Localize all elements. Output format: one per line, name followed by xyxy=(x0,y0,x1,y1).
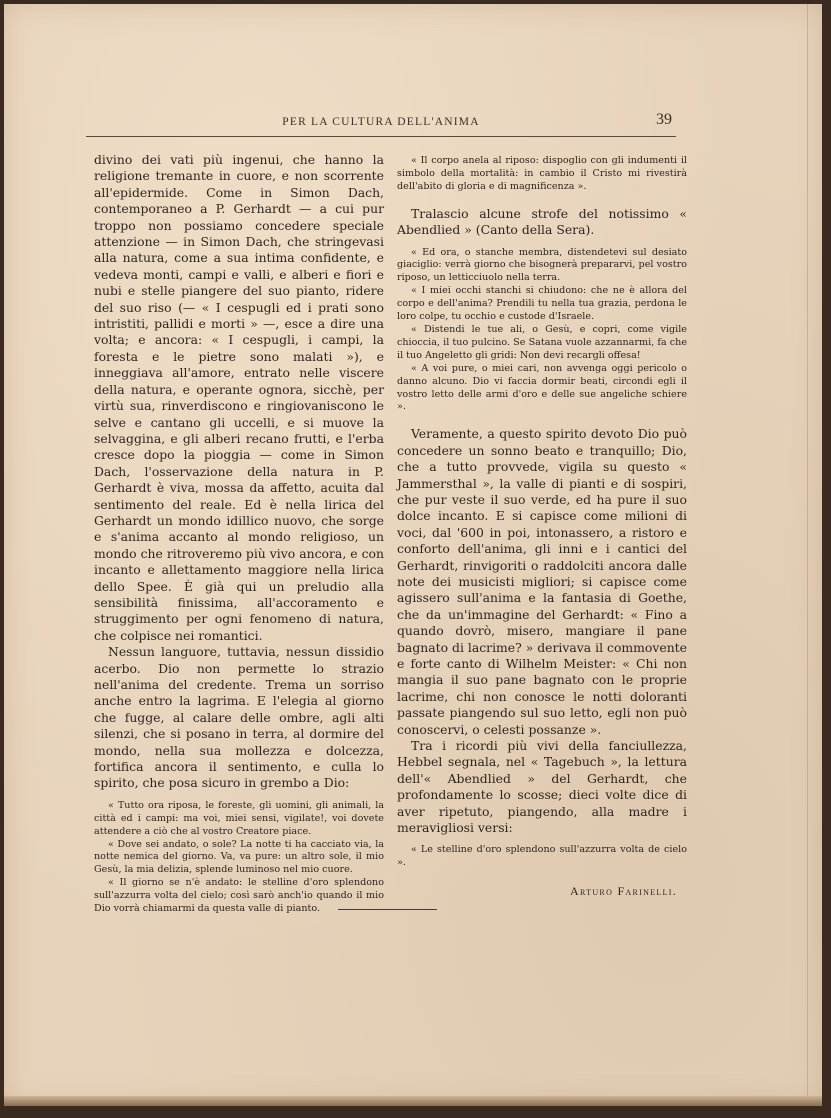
body-paragraph: Tra i ricordi più vivi della fanciullezz… xyxy=(397,738,687,836)
right-column: « Il corpo anela al riposo: dispoglio co… xyxy=(397,155,687,899)
block-quote: « Ed ora, o stanche membra, distendetevi… xyxy=(397,247,687,286)
block-quote: « Distendi le tue ali, o Gesù, e copri, … xyxy=(397,324,687,363)
body-paragraph: Nessun languore, tuttavia, nessun dissid… xyxy=(94,644,384,792)
book-page: PER LA CULTURA DELL'ANIMA 39 divino dei … xyxy=(4,4,822,1106)
page-number: 39 xyxy=(656,111,672,129)
block-quote: « Tutto ora riposa, le foreste, gli uomi… xyxy=(94,800,384,839)
body-paragraph: divino dei vati più ingenui, che hanno l… xyxy=(94,152,384,644)
running-header: PER LA CULTURA DELL'ANIMA 39 xyxy=(86,112,676,137)
running-title: PER LA CULTURA DELL'ANIMA xyxy=(86,116,676,128)
block-quote: « Il giorno se n'è andato: le stelline d… xyxy=(94,877,384,916)
author-signature: Arturo Farinelli. xyxy=(397,884,677,899)
body-paragraph: Tralascio alcune strofe del notissimo « … xyxy=(397,206,687,239)
left-column: divino dei vati più ingenui, che hanno l… xyxy=(94,152,384,916)
page-edge-line xyxy=(807,4,808,1106)
body-paragraph: Veramente, a questo spirito devoto Dio p… xyxy=(397,426,687,738)
block-quote: « I miei occhi stanchi si chiudono: che … xyxy=(397,285,687,324)
block-quote: « Il corpo anela al riposo: dispoglio co… xyxy=(397,155,687,194)
end-rule-divider xyxy=(338,909,437,910)
block-quote: « A voi pure, o miei cari, non avvenga o… xyxy=(397,363,687,415)
block-quote: « Dove sei andato, o sole? La notte ti h… xyxy=(94,839,384,878)
block-quote: « Le stelline d'oro splendono sull'azzur… xyxy=(397,844,687,870)
page-bottom-edge xyxy=(4,1096,822,1106)
